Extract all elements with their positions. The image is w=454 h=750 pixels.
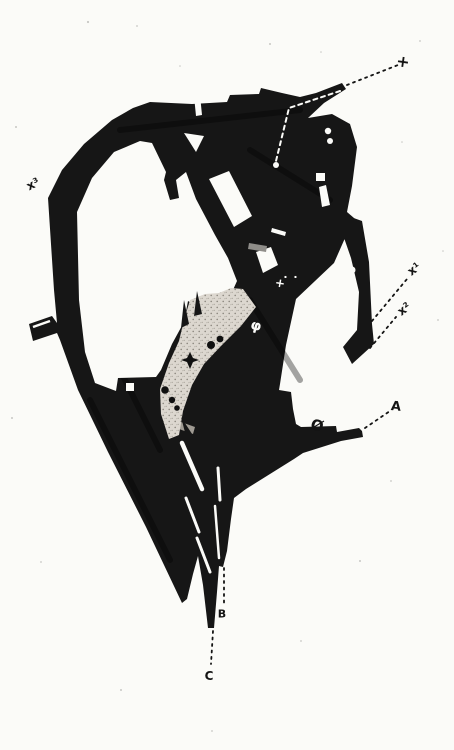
label-c: C — [205, 670, 214, 682]
slot-square — [316, 173, 325, 181]
label-a: A — [390, 400, 401, 414]
ink-drawing — [0, 0, 454, 750]
leader-plus — [347, 65, 398, 85]
label-b: B — [218, 609, 226, 620]
label-dots-inner: · · — [283, 272, 298, 283]
drawing-canvas: + x¹ x² x³ A B C Ø φ + · · — [0, 0, 454, 750]
leader-x2 — [370, 317, 396, 348]
square-hole — [126, 383, 134, 391]
leader-a — [365, 411, 390, 428]
leader-c — [211, 631, 213, 664]
right-arm — [342, 216, 374, 364]
label-plus: + — [395, 53, 411, 71]
